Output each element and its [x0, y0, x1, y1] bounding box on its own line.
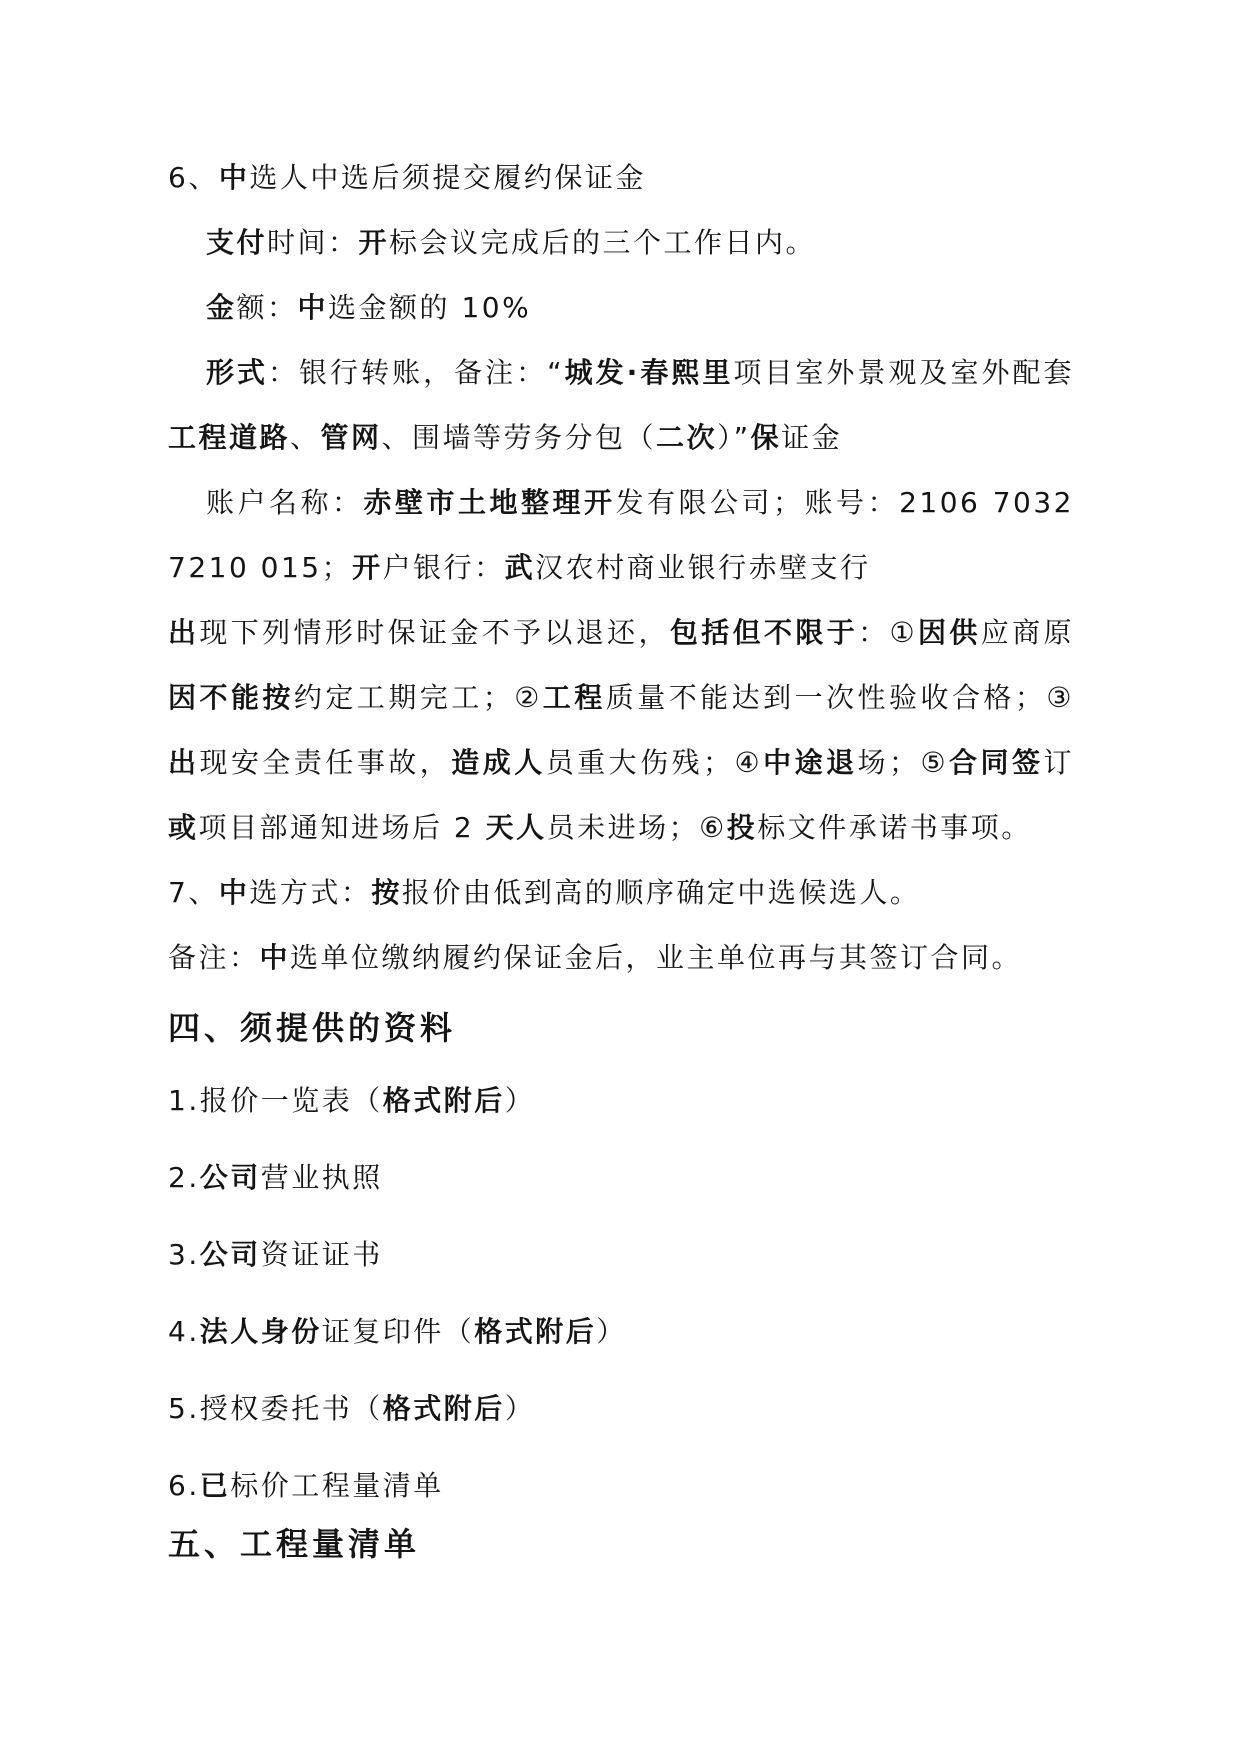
- section-heading: 四、须提供的资料: [168, 1005, 1074, 1052]
- bold-text: 格式附后: [474, 1315, 596, 1348]
- document-body: 6、中选人中选后须提交履约保证金支付时间：开标会议完成后的三个工作日内。金额：中…: [168, 145, 1074, 1568]
- bold-text: 出: [168, 746, 199, 779]
- bold-text: 出: [168, 616, 199, 649]
- bold-text: 公司: [200, 1161, 261, 1194]
- paragraph: 7、中选方式：按报价由低到高的顺序确定中选候选人。: [168, 860, 1074, 925]
- bold-text: 四、须提供的资料: [168, 1009, 456, 1047]
- bold-text: 按: [371, 876, 402, 909]
- list-item: 3.公司资证证书: [168, 1222, 1074, 1287]
- bold-text: 法人身份: [200, 1315, 322, 1348]
- paragraph: 账户名称：赤壁市土地整理开发有限公司；账号：2106 7032 7210 015…: [168, 470, 1074, 600]
- paragraph: 6、中选人中选后须提交履约保证金: [168, 145, 1074, 210]
- document-page: 6、中选人中选后须提交履约保证金支付时间：开标会议完成后的三个工作日内。金额：中…: [0, 0, 1240, 1753]
- bold-text: 投: [727, 811, 758, 844]
- bold-text: 中: [298, 291, 329, 324]
- bold-text: 中: [219, 876, 250, 909]
- bold-text: 格式附后: [383, 1084, 505, 1117]
- list-item: 1.报价一览表（格式附后）: [168, 1068, 1074, 1133]
- paragraph: 备注：中选单位缴纳履约保证金后，业主单位再与其签订合同。: [168, 925, 1074, 990]
- bold-text: 中: [260, 941, 291, 974]
- bold-text: 形式: [206, 356, 268, 389]
- paragraph: 金额：中选金额的 10%: [168, 275, 1074, 340]
- bold-text: 格式附后: [383, 1392, 505, 1425]
- bold-text: 赤壁市土地整理开: [364, 486, 616, 519]
- bold-text: 工程道路: [168, 421, 290, 454]
- list-item: 5.授权委托书（格式附后）: [168, 1376, 1074, 1441]
- bold-text: 管网: [321, 421, 382, 454]
- bold-text: 五、工程量清单: [168, 1525, 420, 1563]
- bold-text: 天人: [486, 811, 547, 844]
- list-item: 4.法人身份证复印件（格式附后）: [168, 1299, 1074, 1364]
- bold-text: 中途退: [763, 746, 857, 779]
- paragraph: 支付时间：开标会议完成后的三个工作日内。: [168, 210, 1074, 275]
- bold-text: 城发·春熙里: [564, 356, 733, 389]
- bold-text: 合同签: [949, 746, 1043, 779]
- bold-text: 造成人: [451, 746, 545, 779]
- bold-text: 工程: [543, 681, 606, 714]
- bold-text: 因不能按: [168, 681, 294, 714]
- bold-text: 包括但不限于: [670, 616, 858, 649]
- bold-text: 公司: [200, 1238, 261, 1271]
- bold-text: 因供: [918, 616, 981, 649]
- bold-text: 中: [219, 161, 250, 194]
- paragraph: 形式：银行转账，备注：“城发·春熙里项目室外景观及室外配套工程道路、管网、围墙等…: [168, 340, 1074, 470]
- paragraph: 出现下列情形时保证金不予以退还，包括但不限于：①因供应商原因不能按约定工期完工；…: [168, 600, 1074, 860]
- bold-text: 或: [168, 811, 199, 844]
- bold-text: 已: [200, 1469, 231, 1502]
- list-item: 6.已标价工程量清单: [168, 1453, 1074, 1518]
- bold-text: 支付: [206, 226, 267, 259]
- bold-text: 保: [751, 421, 782, 454]
- bold-text: 金: [206, 291, 237, 324]
- bold-text: 二次: [656, 421, 717, 454]
- bold-text: 开: [359, 226, 390, 259]
- bold-text: 开: [352, 551, 383, 584]
- list-item: 2.公司营业执照: [168, 1145, 1074, 1210]
- section-heading: 五、工程量清单: [168, 1521, 1074, 1568]
- bold-text: 武: [505, 551, 536, 584]
